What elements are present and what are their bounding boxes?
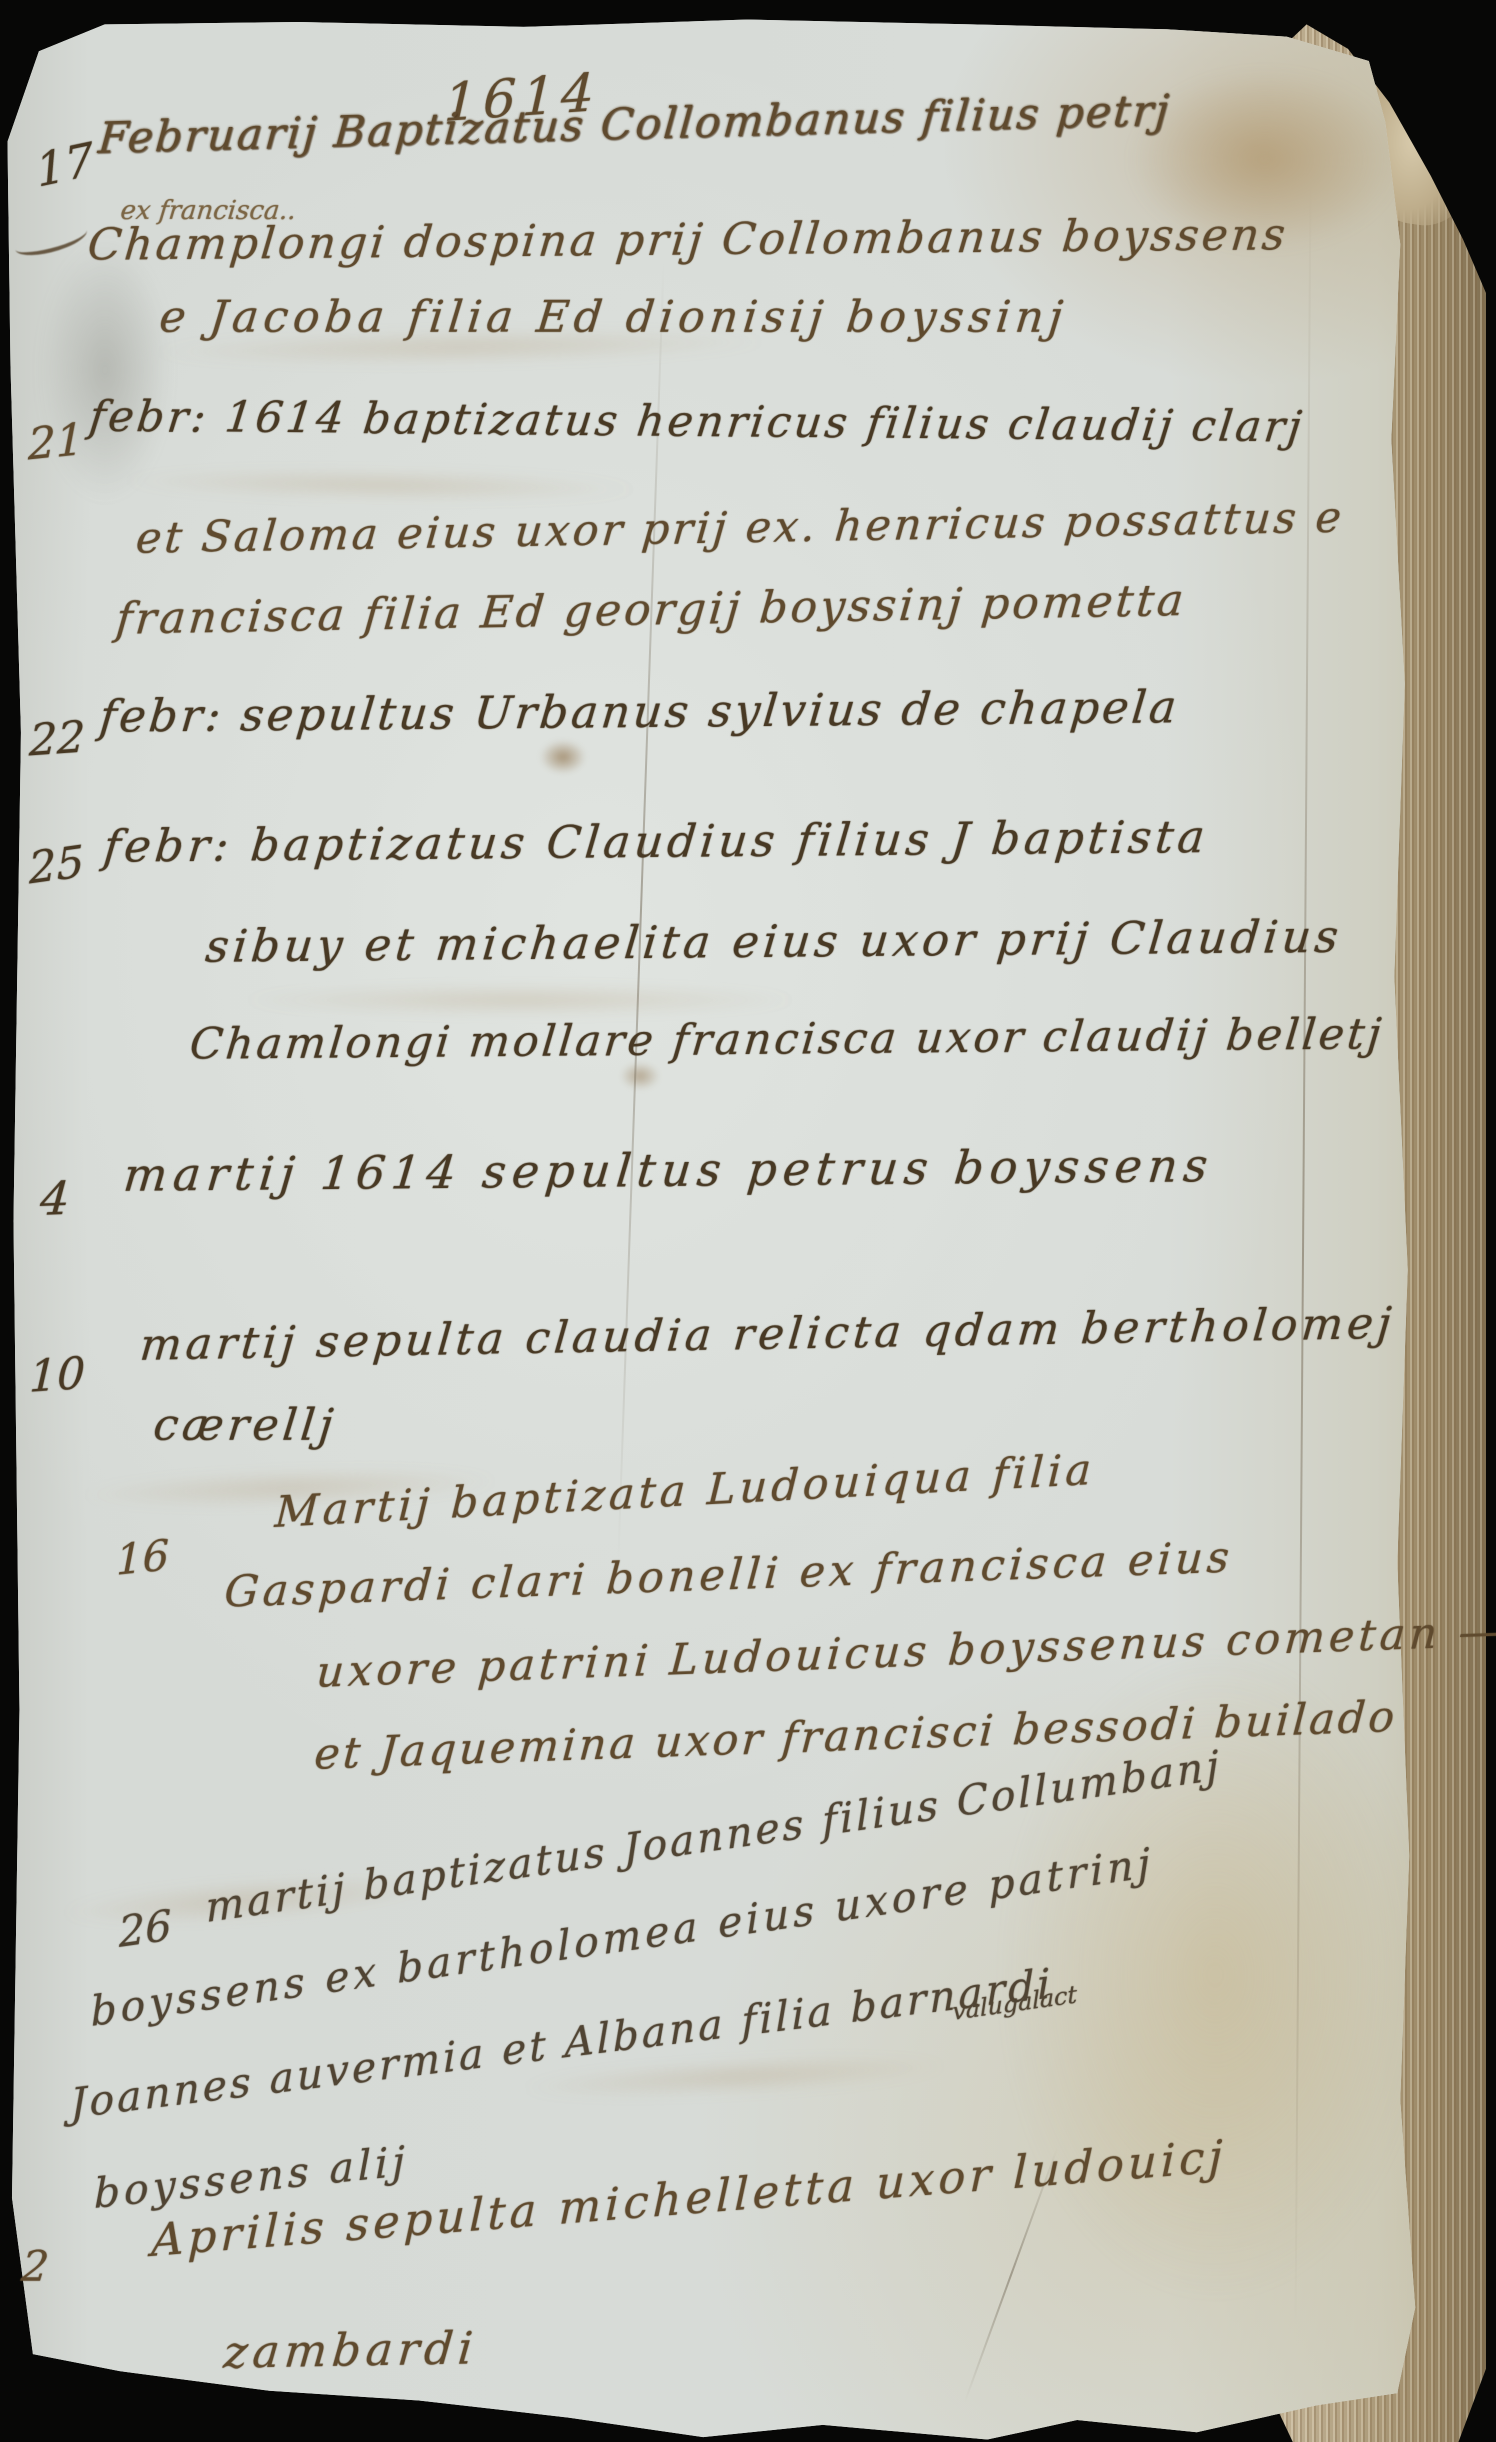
photo-backdrop: 1614 17 Februarij Baptizatus Collombanus… [0,0,1496,2442]
entry-5-margin-day: 4 [39,1175,71,1222]
entry-9-margin-day: 2 [20,2246,51,2288]
entry-3-margin-day: 22 [28,716,85,764]
paper-stain [540,740,586,774]
bleedthrough-smudge [240,985,800,1015]
bleedthrough-smudge [120,465,640,504]
entry-2-line: febr: 1614 baptizatus henricus filius cl… [87,396,1306,450]
entry-2-margin-day: 21 [28,418,84,468]
entry-7-margin-day: 16 [116,1534,169,1582]
entry-4-margin-day: 25 [28,840,85,892]
entry-5-line: martij 1614 sepultus petrus boyssens [122,1142,1216,1198]
entry-8-margin-day: 26 [118,1905,172,1955]
entry-4-line: febr: baptizatus Claudius filius J bapti… [102,814,1211,869]
entry-1-line: Champlongi dospina prij Collombanus boys… [86,214,1290,269]
entry-6-line: cærellj [151,1404,338,1448]
entry-6-margin-day: 10 [28,1352,85,1400]
entry-4-line: sibuy et michaelita eius uxor prij Claud… [204,914,1345,969]
entry-3-line: febr: sepultus Urbanus sylvius de chapel… [98,685,1182,739]
entry-9-line: zambardi [222,2326,479,2376]
entry-1-margin-day: 17 [34,136,96,194]
paper-crease [617,260,664,1559]
entry-1-line: e Jacoba filia Ed dionisij boyssinj [157,296,1069,340]
entry-4-line: Chamlongi mollare francisca uxor claudij… [188,1014,1386,1067]
